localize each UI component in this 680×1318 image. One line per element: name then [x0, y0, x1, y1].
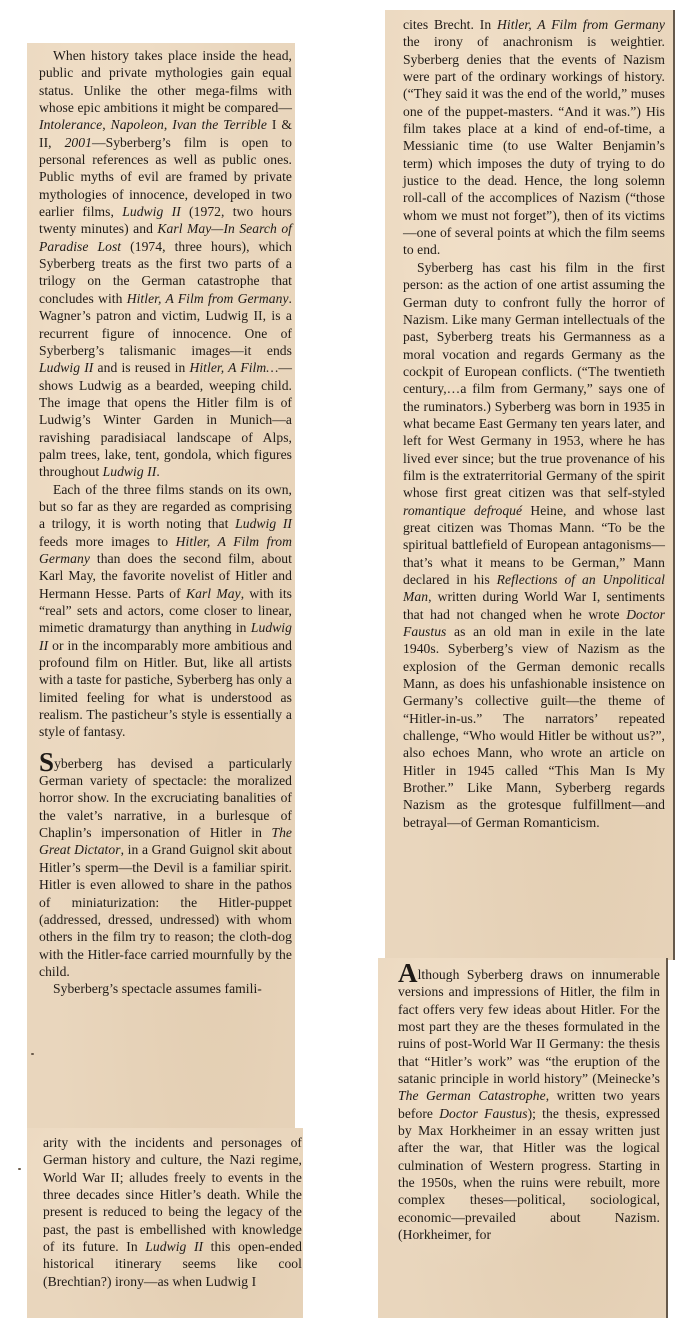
column-left-upper-text: When history takes place inside the head… — [39, 47, 292, 998]
text-run: or in the incomparably more ambitious an… — [39, 638, 292, 740]
italic-title: Hitler, A Film… — [189, 360, 278, 375]
column-right-lower-text: Although Syberberg draws on innumerable … — [398, 964, 660, 1244]
paragraph: Syberberg’s spectacle assumes famili- — [39, 980, 292, 997]
text-run: Syberberg’s spectacle assumes famili- — [53, 981, 262, 996]
text-run: When history takes place inside the head… — [39, 48, 292, 115]
text-run: feeds more images to — [39, 534, 176, 549]
text-run: yberberg has devised a particularly Germ… — [39, 756, 292, 840]
text-run: lthough Syberberg draws on innumerable v… — [398, 967, 660, 1086]
italic-title: Ludwig II — [235, 516, 292, 531]
clipping-edge-shadow — [666, 958, 668, 1318]
italic-title: romantique defroqué — [403, 503, 522, 518]
clipping-left-lower: arity with the incidents and personages … — [27, 1128, 303, 1318]
text-run: and is reused in — [93, 360, 189, 375]
italic-title: Ludwig II — [145, 1239, 203, 1254]
italic-title: Intolerance — [39, 117, 102, 132]
italic-title: Doctor Faustus — [439, 1106, 527, 1121]
paper-speck — [18, 1168, 21, 1170]
paragraph: arity with the incidents and personages … — [43, 1134, 302, 1290]
paragraph: cites Brecht. In Hitler, A Film from Ger… — [403, 16, 665, 259]
italic-title: Karl May — [186, 586, 241, 601]
text-run: , — [102, 117, 110, 132]
text-run: Syberberg has cast his film in the first… — [403, 260, 665, 500]
italic-title: The German Catastrophe — [398, 1088, 546, 1103]
clipping-edge-shadow — [673, 10, 675, 960]
italic-title: 2001 — [65, 135, 92, 150]
paragraph-dropcap: Although Syberberg draws on innumerable … — [398, 964, 660, 1244]
italic-title: Ludwig II — [103, 464, 157, 479]
text-run: , in a Grand Guignol skit about Hitler’s… — [39, 842, 292, 978]
text-run: arity with the incidents and personages … — [43, 1135, 302, 1254]
text-run: as an old man in exile in the late 1940s… — [403, 624, 665, 830]
paragraph: When history takes place inside the head… — [39, 47, 292, 481]
column-right-upper-text: cites Brecht. In Hitler, A Film from Ger… — [403, 16, 665, 831]
italic-title: Ivan the Terrible — [172, 117, 267, 132]
paragraph: Each of the three films stands on its ow… — [39, 481, 292, 741]
text-run: . — [156, 464, 159, 479]
text-run: ); the thesis, expressed by Max Horkheim… — [398, 1106, 660, 1242]
text-run: —shows Ludwig as a bearded, weeping chil… — [39, 360, 292, 479]
text-run: cites Brecht. In — [403, 17, 497, 32]
paragraph: Syberberg has cast his film in the first… — [403, 259, 665, 831]
italic-title: Napoleon — [111, 117, 164, 132]
column-left-lower-text: arity with the incidents and personages … — [43, 1134, 302, 1290]
paper-speck — [31, 1053, 34, 1055]
text-run: the irony of anachronism is weightier. S… — [403, 34, 665, 257]
clipping-right-lower: Although Syberberg draws on innumerable … — [378, 958, 668, 1318]
clipping-left-upper: When history takes place inside the head… — [27, 43, 295, 1133]
text-run: , — [164, 117, 172, 132]
paragraph-dropcap: Syberberg has devised a particularly Ger… — [39, 753, 292, 980]
italic-title: Ludwig II — [39, 360, 93, 375]
section-gap — [39, 741, 292, 753]
italic-title: Hitler, A Film from Germany — [127, 291, 289, 306]
clipping-right-upper: cites Brecht. In Hitler, A Film from Ger… — [385, 10, 675, 960]
italic-title: Hitler, A Film from Germany — [497, 17, 665, 32]
italic-title: Ludwig II — [122, 204, 181, 219]
